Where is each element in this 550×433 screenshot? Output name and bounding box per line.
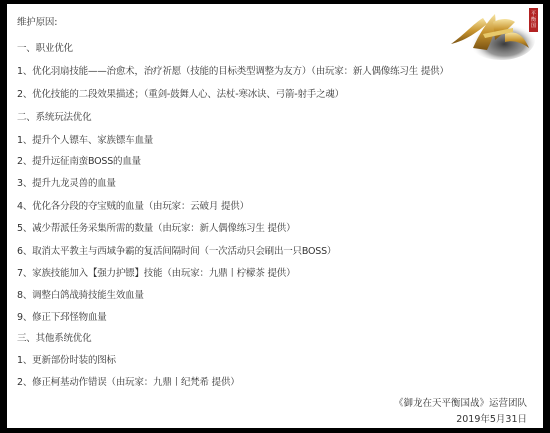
list-item: 7、家族技能加入【强力护镖】技能（由玩家：九鼎丨柠檬茶 提供） — [17, 268, 295, 280]
signature: 《御龙在天平衡国战》运营团队 — [394, 398, 527, 410]
list-item: 4、优化各分段的夺宝贼的血量（由玩家：云破月 提供） — [17, 201, 249, 213]
list-item: 5、减少帮派任务采集所需的数量（由玩家：新人偶像练习生 提供） — [17, 223, 295, 235]
list-item: 1、提升个人镖车、家族镖车血量 — [17, 135, 153, 147]
svg-text:国: 国 — [531, 22, 536, 29]
section-title-profession: 一、职业优化 — [17, 43, 73, 55]
list-item: 6、取消太平教主与西域争霸的复活间隔时间（一次活动只会刷出一只BOSS） — [17, 246, 336, 258]
list-item: 2、优化技能的二段效果描述；（重剑-鼓舞人心、法杖-寒冰诀、弓箭-射手之魂） — [17, 89, 344, 101]
date: 2019年5月31日 — [456, 414, 527, 426]
section-title-system: 二、系统玩法优化 — [17, 112, 91, 124]
notice-page: 平 衡 国 维护原因: 一、职业优化 1、优化羽扇技能——治愈术，治疗祈愿（技能… — [7, 4, 543, 428]
svg-text:衡: 衡 — [531, 16, 536, 23]
game-logo: 平 衡 国 — [443, 4, 543, 62]
list-item: 2、修正柯基动作错误（由玩家：九鼎丨纪梵希 提供） — [17, 377, 240, 389]
list-item: 2、提升远征南蛮BOSS的血量 — [17, 156, 141, 168]
list-item: 8、调整白鸽战骑技能生效血量 — [17, 290, 144, 302]
notice-heading: 维护原因: — [17, 17, 57, 29]
list-item: 1、优化羽扇技能——治愈术，治疗祈愿（技能的目标类型调整为友方）（由玩家：新人偶… — [17, 66, 449, 78]
svg-text:平: 平 — [531, 10, 536, 17]
game-logo-icon: 平 衡 国 — [443, 4, 543, 62]
list-item: 1、更新部份时装的图标 — [17, 355, 116, 367]
list-item: 3、提升九龙灵兽的血量 — [17, 178, 116, 190]
list-item: 9、修正下邳怪物血量 — [17, 312, 107, 324]
section-title-other: 三、其他系统优化 — [17, 333, 91, 345]
